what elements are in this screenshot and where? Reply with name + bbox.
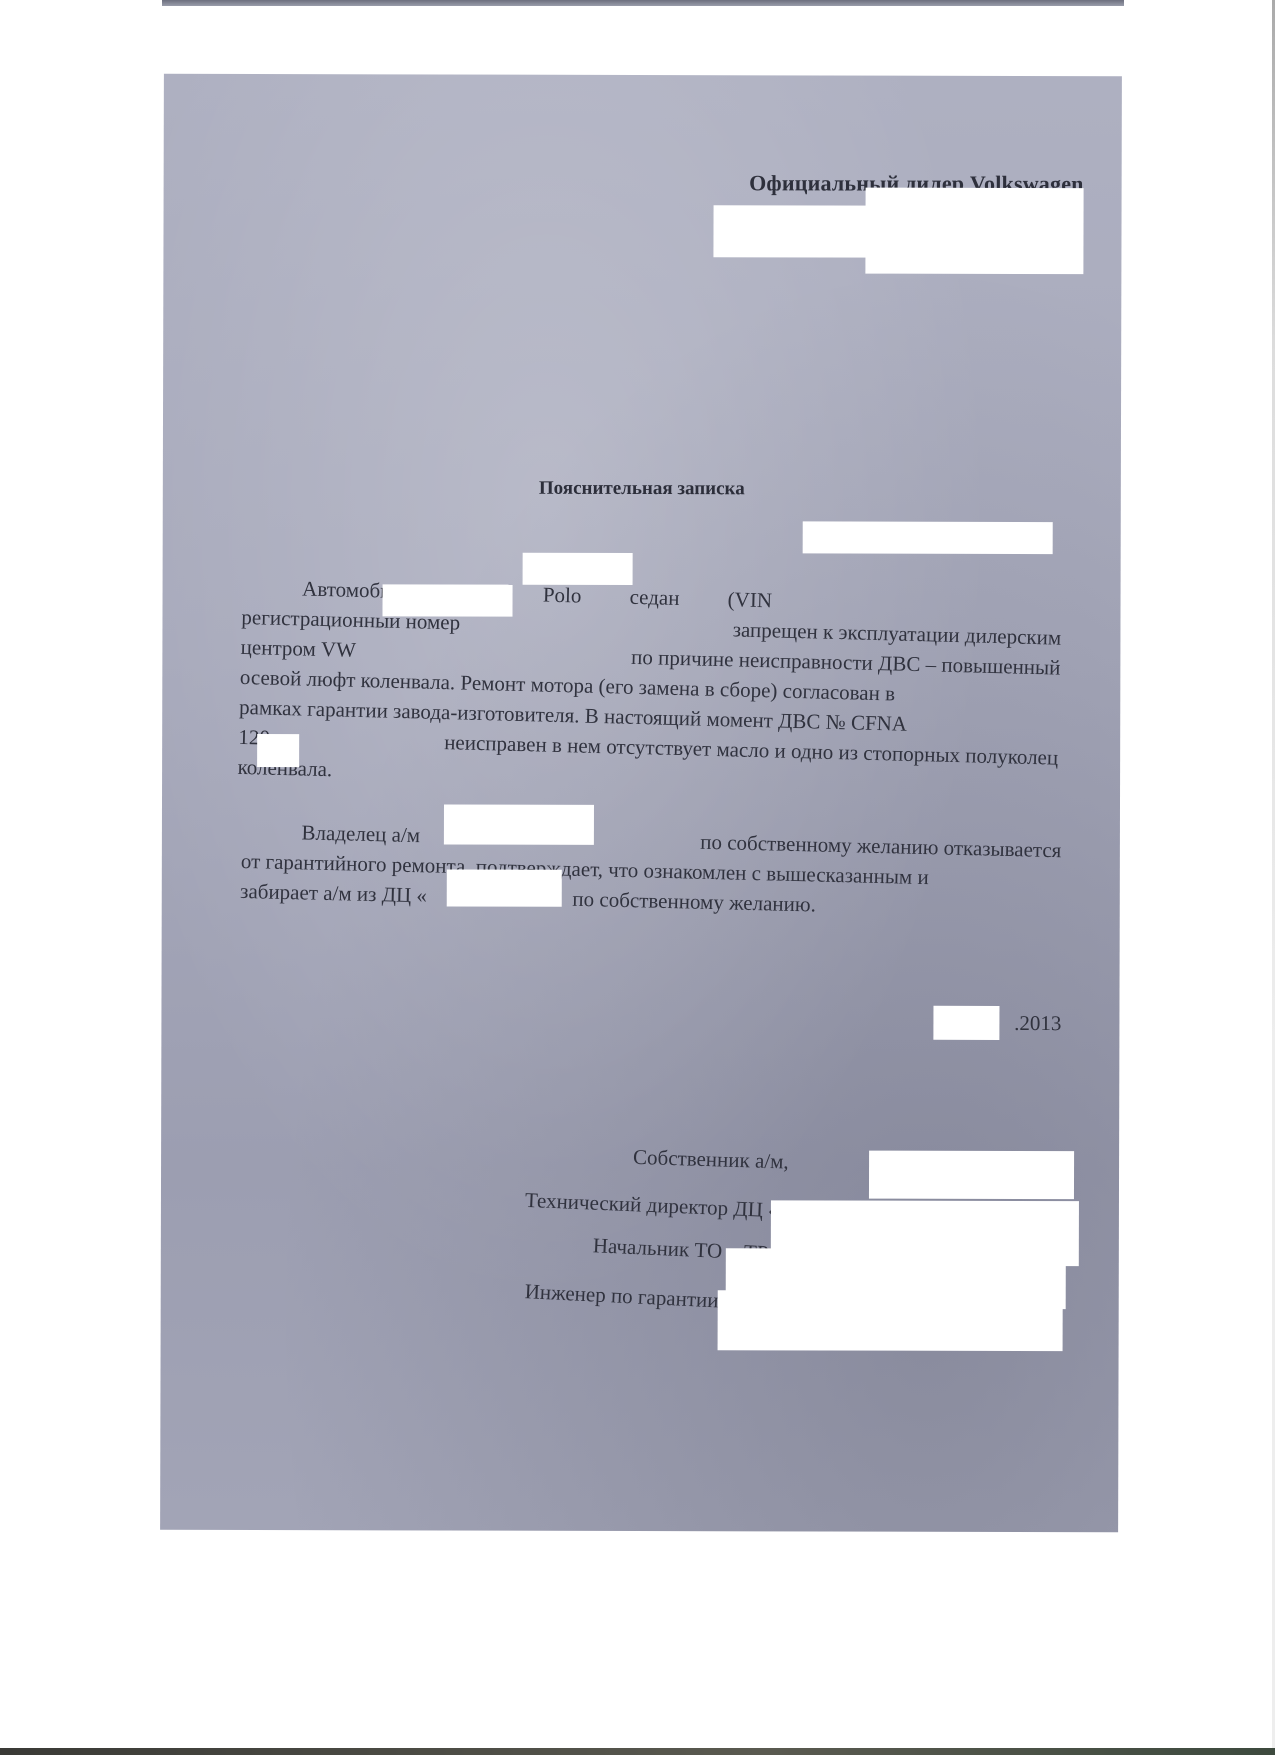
signature-technical-director: Технический директор ДЦ « <box>525 1188 780 1223</box>
text-center-vw: центром VW <box>240 632 356 665</box>
text-pickup-label: забирает а/м из ДЦ « <box>240 879 427 907</box>
redaction-dealer-center-2 <box>447 869 562 906</box>
redaction-reg-number <box>523 553 633 585</box>
redaction-owner-signature <box>869 1151 1074 1200</box>
paragraph-owner-refusal: Владелец а/м по собственному желанию отк… <box>240 816 1062 925</box>
redaction-dealer-center <box>382 584 512 616</box>
redaction-vin <box>803 521 1053 554</box>
document-page: Официальный дилер Volkswagen Пояснительн… <box>160 74 1122 1533</box>
signature-owner: Собственник а/м, <box>633 1145 789 1175</box>
text-line: по собственному желанию. <box>572 887 816 917</box>
redaction-warranty-engineer <box>718 1290 1063 1351</box>
word: седан <box>629 582 680 613</box>
paragraph-vehicle-status: Автомобиль VW Polo седан (VIN регистраци… <box>237 572 1062 803</box>
text-owner-label: Владелец а/м <box>301 817 420 850</box>
redaction-date <box>933 1006 999 1040</box>
document-title: Пояснительная записка <box>163 477 1121 502</box>
scan-bottom-edge <box>0 1748 1275 1755</box>
date-year: .2013 <box>1014 1011 1061 1035</box>
redaction-owner-name <box>444 804 594 844</box>
scan-top-edge <box>162 0 1124 6</box>
redaction-engine-number <box>257 734 299 767</box>
word: (VIN <box>727 584 772 615</box>
redaction-dealer-address <box>865 188 1083 275</box>
